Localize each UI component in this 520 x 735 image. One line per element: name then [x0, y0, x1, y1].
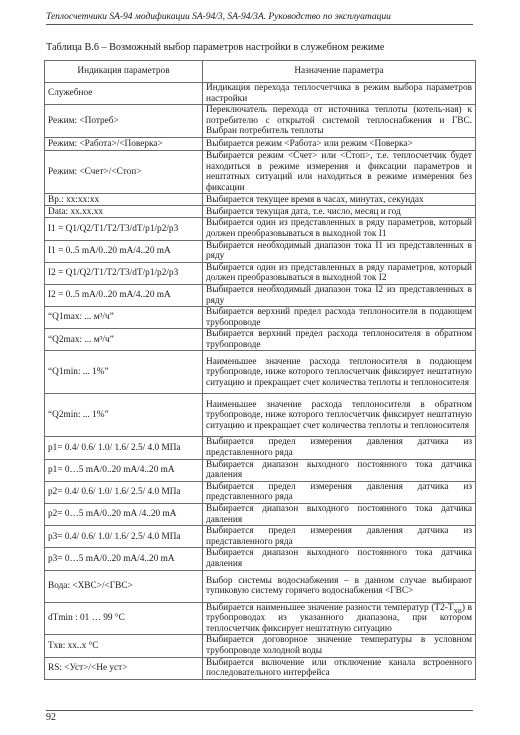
- parameter-purpose: Выбирается текущая дата, т.е. число, мес…: [203, 206, 476, 218]
- table-header-row: Индикация параметров Назначение параметр…: [45, 61, 476, 83]
- table-row: СлужебноеИндикация перехода теплосчетчик…: [45, 83, 476, 105]
- table-row: I2 = 0..5 mA/0..20 mA/4..20 mAВыбирается…: [45, 284, 476, 306]
- parameter-purpose: Индикация перехода теплосчетчика в режим…: [203, 83, 476, 105]
- parameter-purpose: Выбирается диапазон выходного постоянног…: [203, 504, 476, 526]
- table-row: Режим: <Работа>/<Поверка>Выбирается режи…: [45, 137, 476, 150]
- parameter-purpose: Выбирается диапазон выходного постоянног…: [203, 459, 476, 481]
- table-row: p2= 0.4/ 0.6/ 1.0/ 1.6/ 2.5/ 4.0 МПаВыби…: [45, 481, 476, 503]
- table-row: p2= 0…5 mA/0..20 mA /4..20 mAВыбирается …: [45, 504, 476, 526]
- table-row: “Q2min: ... 1%”Наименьшее значение расхо…: [45, 394, 476, 437]
- column-header-purpose: Назначение параметра: [203, 61, 476, 83]
- parameter-purpose: Наименьшее значение расхода теплоносител…: [203, 351, 476, 394]
- parameter-purpose: Выбирается текущее время в часах, минута…: [203, 194, 476, 206]
- parameter-purpose: Выбирается предел измерения давления дат…: [203, 481, 476, 503]
- parameter-indication: Data: xx.xx.xx: [45, 206, 203, 218]
- parameter-purpose: Выбирается режим <Работа> или режим <Пов…: [203, 137, 476, 150]
- parameter-purpose: Выбирается верхний предел расхода теплон…: [203, 307, 476, 329]
- footer-rule: [46, 710, 473, 711]
- parameter-indication: Режим: <Счет>/<Стоп>: [45, 150, 203, 193]
- table-row: p3= 0.4/ 0.6/ 1.0/ 1.6/ 2.5/ 4.0 МПаВыби…: [45, 526, 476, 548]
- table-row: Режим: <Потреб>Переключатель перехода от…: [45, 105, 476, 138]
- running-header: Теплосчетчики SA-94 модификации SA-94/3,…: [46, 11, 473, 25]
- parameter-purpose: Выбирается необходимый диапазон тока I1 …: [203, 240, 476, 262]
- parameter-purpose: Выбор системы водоснабжения – в данном с…: [203, 570, 476, 602]
- parameter-purpose: Выбирается договорное значение температу…: [203, 635, 476, 657]
- table-row: “Q2max: ... м³/ч”Выбирается верхний пред…: [45, 329, 476, 351]
- parameter-indication: Режим: <Потреб>: [45, 105, 203, 138]
- column-header-indication: Индикация параметров: [45, 61, 203, 83]
- parameter-indication: p3= 0.4/ 0.6/ 1.0/ 1.6/ 2.5/ 4.0 МПа: [45, 526, 203, 548]
- table-row: I1 = Q1/Q2/T1/T2/T3/dT/p1/p2/p3Выбираетс…: [45, 218, 476, 240]
- parameter-indication: I1 = 0..5 mA/0..20 mA/4..20 mA: [45, 240, 203, 262]
- parameter-purpose: Выбирается включение или отключение кана…: [203, 657, 476, 679]
- parameter-indication: Вр.: xx:xx:xx: [45, 194, 203, 206]
- parameter-purpose: Выбирается режим <Счет> или <Стоп>, т.е.…: [203, 150, 476, 193]
- parameter-indication: p3= 0…5 mA/0..20 mA/4..20 mA: [45, 548, 203, 570]
- table-row: p3= 0…5 mA/0..20 mA/4..20 mAВыбирается д…: [45, 548, 476, 570]
- table-row: Вр.: xx:xx:xxВыбирается текущее время в …: [45, 194, 476, 206]
- table-row: I2 = Q1/Q2/T1/T2/T3/dT/p1/p2/p3Выбираетс…: [45, 262, 476, 284]
- parameter-indication: I2 = Q1/Q2/T1/T2/T3/dT/p1/p2/p3: [45, 262, 203, 284]
- parameter-purpose: Наименьшее значение расхода теплоносител…: [203, 394, 476, 437]
- table-row: Data: xx.xx.xxВыбирается текущая дата, т…: [45, 206, 476, 218]
- parameter-indication: Вода: <ХВС>/<ГВС>: [45, 570, 203, 602]
- parameter-purpose: Выбирается предел измерения давления дат…: [203, 437, 476, 459]
- table-row: “Q1min: ... 1%”Наименьшее значение расхо…: [45, 351, 476, 394]
- parameter-indication: “Q1min: ... 1%”: [45, 351, 203, 394]
- parameter-indication: p2= 0.4/ 0.6/ 1.0/ 1.6/ 2.5/ 4.0 МПа: [45, 481, 203, 503]
- table-row: “Q1max: ... м³/ч”Выбирается верхний пред…: [45, 307, 476, 329]
- table-row: p1= 0.4/ 0.6/ 1.0/ 1.6/ 2.5/ 4.0 МПаВыби…: [45, 437, 476, 459]
- parameter-indication: “Q2min: ... 1%”: [45, 394, 203, 437]
- parameter-indication: p1= 0…5 mA/0..20 mA/4..20 mA: [45, 459, 203, 481]
- parameter-purpose: Выбирается предел измерения давления дат…: [203, 526, 476, 548]
- parameter-purpose: Переключатель перехода от источника тепл…: [203, 105, 476, 138]
- parameter-purpose: Выбирается необходимый диапазон тока I2 …: [203, 284, 476, 306]
- table-caption: Таблица В.6 – Возможный выбор параметров…: [46, 42, 384, 53]
- parameters-table: Индикация параметров Назначение параметр…: [44, 60, 476, 680]
- parameter-purpose: Выбирается один из представленных в ряду…: [203, 218, 476, 240]
- parameter-purpose: Выбирается диапазон выходного постоянног…: [203, 548, 476, 570]
- table-row: I1 = 0..5 mA/0..20 mA/4..20 mAВыбирается…: [45, 240, 476, 262]
- table-row: Вода: <ХВС>/<ГВС>Выбор системы водоснабж…: [45, 570, 476, 602]
- table-row: Tхв: xx..x °CВыбирается договорное значе…: [45, 635, 476, 657]
- parameter-indication: Режим: <Работа>/<Поверка>: [45, 137, 203, 150]
- parameter-indication: “Q1max: ... м³/ч”: [45, 307, 203, 329]
- parameter-indication: I2 = 0..5 mA/0..20 mA/4..20 mA: [45, 284, 203, 306]
- parameter-indication: p1= 0.4/ 0.6/ 1.0/ 1.6/ 2.5/ 4.0 МПа: [45, 437, 203, 459]
- parameter-indication: I1 = Q1/Q2/T1/T2/T3/dT/p1/p2/p3: [45, 218, 203, 240]
- table-body: СлужебноеИндикация перехода теплосчетчик…: [45, 83, 476, 680]
- parameter-purpose: Выбирается один из представленных в ряду…: [203, 262, 476, 284]
- parameter-indication: “Q2max: ... м³/ч”: [45, 329, 203, 351]
- parameter-indication: RS: <Уст>/<Не уст>: [45, 657, 203, 679]
- parameter-purpose: Выбирается наименьшее значение разности …: [203, 602, 476, 635]
- parameter-purpose: Выбирается верхний предел расхода теплон…: [203, 329, 476, 351]
- table-row: Режим: <Счет>/<Стоп>Выбирается режим <Сч…: [45, 150, 476, 193]
- parameter-indication: p2= 0…5 mA/0..20 mA /4..20 mA: [45, 504, 203, 526]
- table-row: p1= 0…5 mA/0..20 mA/4..20 mAВыбирается д…: [45, 459, 476, 481]
- parameter-indication: Tхв: xx..x °C: [45, 635, 203, 657]
- parameter-indication: dTmin : 01 … 99 °C: [45, 602, 203, 635]
- table-row: RS: <Уст>/<Не уст>Выбирается включение и…: [45, 657, 476, 679]
- table-row: dTmin : 01 … 99 °CВыбирается наименьшее …: [45, 602, 476, 635]
- page-number: 92: [46, 712, 56, 723]
- parameter-indication: Служебное: [45, 83, 203, 105]
